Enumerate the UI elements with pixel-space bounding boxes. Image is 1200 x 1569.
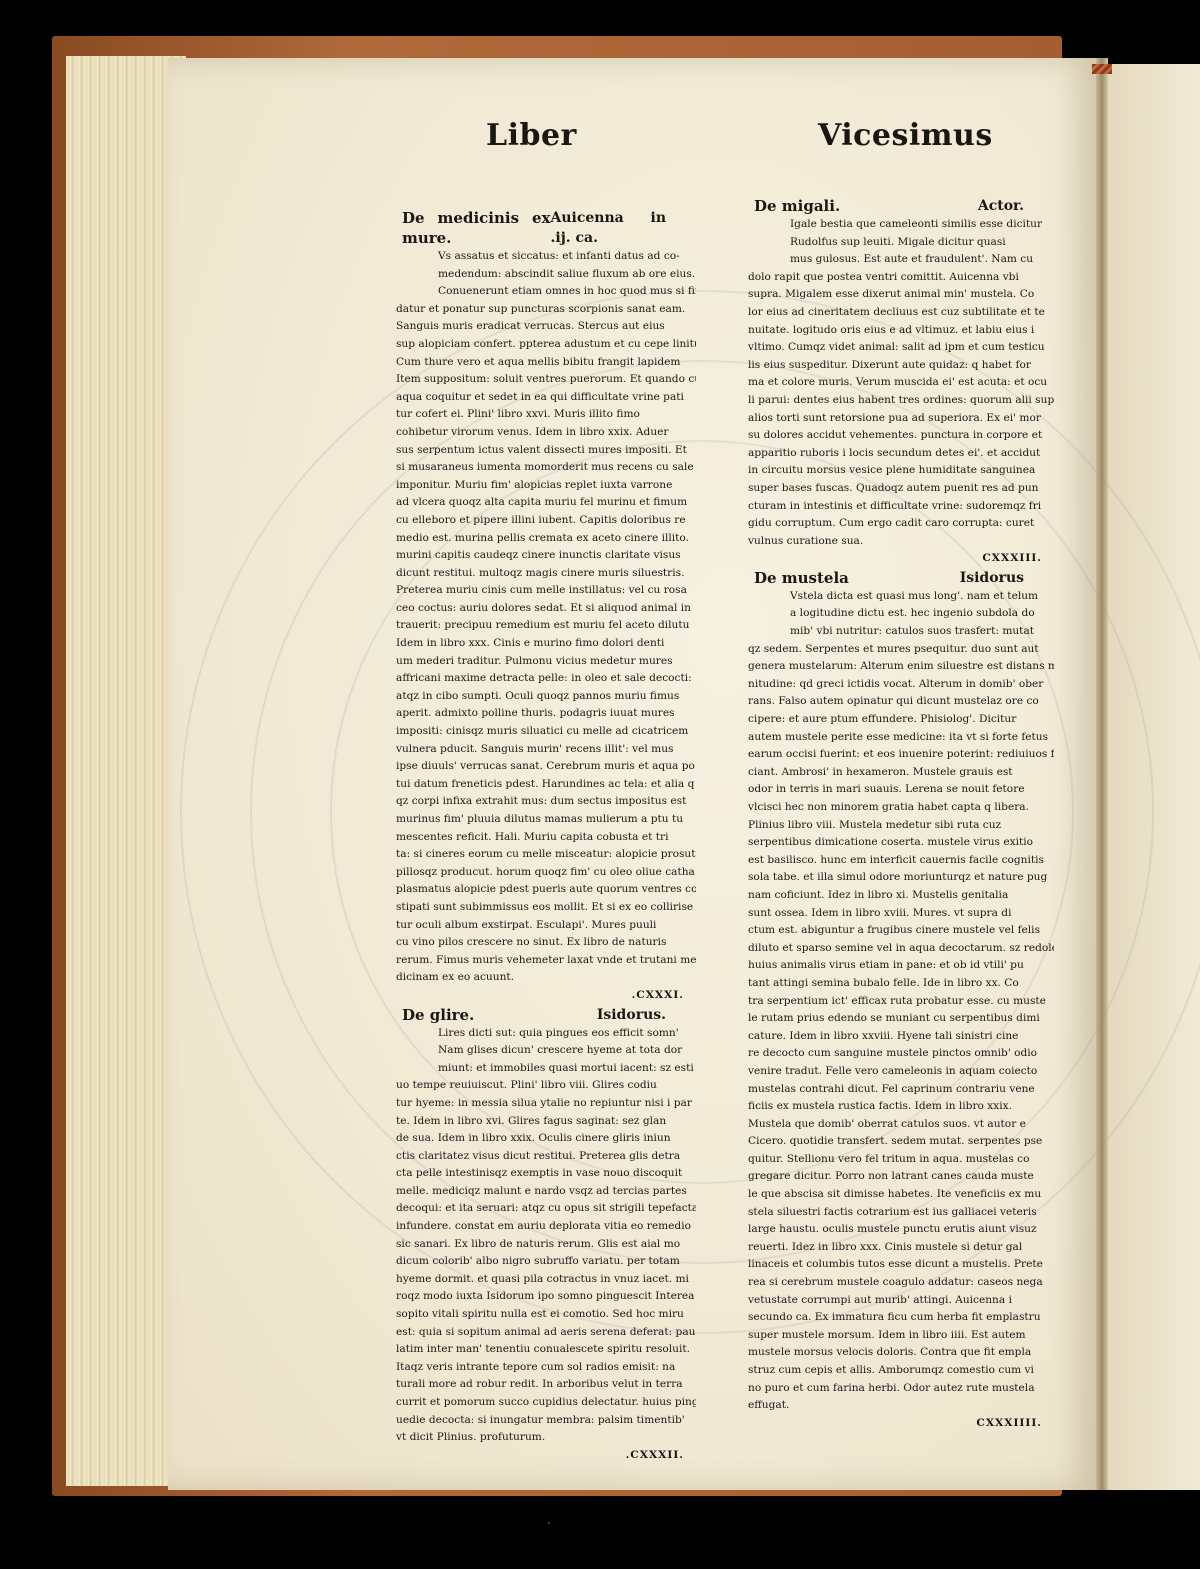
text-line: datur et ponatur sup puncturas scorpioni… bbox=[396, 301, 696, 319]
text-line: tur oculi album exstirpat. Esculapi'. Mu… bbox=[396, 917, 696, 935]
text-line: apparitio ruboris i locis secundum detes… bbox=[748, 445, 1054, 463]
text-line: Igale bestia que cameleonti similis esse… bbox=[748, 216, 1054, 234]
text-line: cature. Idem in libro xxviii. Hyene tali… bbox=[748, 1028, 1054, 1046]
text-line: genera mustelarum: Alterum enim siluestr… bbox=[748, 658, 1054, 676]
text-line: de sua. Idem in libro xxix. Oculis ciner… bbox=[396, 1130, 696, 1148]
chapter-number: CXXXIII. bbox=[748, 550, 1054, 568]
text-line: impositi: cinisqz muris siluatici cu mel… bbox=[396, 723, 696, 741]
text-line: diluto et sparso semine vel in aqua deco… bbox=[748, 940, 1054, 958]
text-line: rans. Falso autem opinatur qui dicunt mu… bbox=[748, 693, 1054, 711]
text-line: nam coficiunt. Idez in libro xi. Musteli… bbox=[748, 887, 1054, 905]
text-line: alios torti sunt retorsione pua ad super… bbox=[748, 410, 1054, 428]
chapter-title: De migali. bbox=[748, 196, 840, 216]
text-line: ctis claritatez visus dicut restitui. Pr… bbox=[396, 1148, 696, 1166]
text-line: cipere: et aure ptum effundere. Phisiolo… bbox=[748, 711, 1054, 729]
text-line: mib' vbi nutritur: catulos suos trasfert… bbox=[748, 623, 1054, 641]
text-line: ceo coctus: auriu dolores sedat. Et si a… bbox=[396, 600, 696, 618]
chapter-number: .CXXXII. bbox=[396, 1447, 696, 1465]
text-line: sopito vitali spiritu nulla est ei comot… bbox=[396, 1306, 696, 1324]
text-line: tur hyeme: in messia silua ytalie no rep… bbox=[396, 1095, 696, 1113]
text-line: le rutam prius edendo se muniant cu serp… bbox=[748, 1010, 1054, 1028]
text-line: qz corpi infixa extrahit mus: dum sectus… bbox=[396, 793, 696, 811]
text-line: super bases fuscas. Quadoqz autem puenit… bbox=[748, 480, 1054, 498]
text-line: re decocto cum sanguine mustele pinctos … bbox=[748, 1045, 1054, 1063]
text-line: stela siluestri factis cotrarium est ius… bbox=[748, 1204, 1054, 1222]
text-line: effugat. bbox=[748, 1397, 1054, 1415]
left-text-column: De medicinis ex mure.Auicenna in .ij. ca… bbox=[396, 208, 696, 1464]
text-line: uo tempe reuiuiscut. Plini' libro viii. … bbox=[396, 1077, 696, 1095]
text-line: ma et colore muris. Verum muscida ei' es… bbox=[748, 374, 1054, 392]
text-line: medio est. murina pellis cremata ex acet… bbox=[396, 530, 696, 548]
chapter-heading: De glire.Isidorus. bbox=[396, 1005, 696, 1025]
text-line: huius animalis virus etiam in pane: et o… bbox=[748, 957, 1054, 975]
text-line: cta pelle intestinisqz exemptis in vase … bbox=[396, 1165, 696, 1183]
text-line: tant attingi semina bubalo felle. Ide in… bbox=[748, 975, 1054, 993]
text-line: vltimo. Cumqz videt animal: salit ad ipm… bbox=[748, 339, 1054, 357]
text-line: Preterea muriu cinis cum melle instillat… bbox=[396, 582, 696, 600]
text-line: su dolores accidut vehementes. punctura … bbox=[748, 427, 1054, 445]
text-line: reuerti. Idez in libro xxx. Cinis mustel… bbox=[748, 1239, 1054, 1257]
text-line: Cum thure vero et aqua mellis bibitu fra… bbox=[396, 354, 696, 372]
chapter-number: .CXXXI. bbox=[396, 987, 696, 1005]
text-line: dolo rapit que postea ventri comittit. A… bbox=[748, 269, 1054, 287]
text-line: Mustela que domib' oberrat catulos suos.… bbox=[748, 1116, 1054, 1134]
text-line: Itaqz veris intrante tepore cum sol radi… bbox=[396, 1359, 696, 1377]
text-line: currit et pomorum succo cupidius delecta… bbox=[396, 1394, 696, 1412]
text-line: odor in terris in mari suauis. Lerena se… bbox=[748, 781, 1054, 799]
text-line: vulnus curatione sua. bbox=[748, 533, 1054, 551]
text-line: uedie decocta: si inungatur membra: pals… bbox=[396, 1412, 696, 1430]
text-line: secundo ca. Ex immatura ficu cum herba f… bbox=[748, 1309, 1054, 1327]
text-line: aperit. admixto polline thuris. podagris… bbox=[396, 705, 696, 723]
text-line: vlcisci hec non minorem gratia habet cap… bbox=[748, 799, 1054, 817]
chapter-source: Auicenna in .ij. ca. bbox=[551, 208, 697, 248]
text-line: melle. mediciqz malunt e nardo vsqz ad t… bbox=[396, 1183, 696, 1201]
text-line: murini capitis caudeqz cinere inunctis c… bbox=[396, 547, 696, 565]
text-line: venire tradut. Felle vero cameleonis in … bbox=[748, 1063, 1054, 1081]
text-line: imponitur. Muriu fim' alopicias replet i… bbox=[396, 477, 696, 495]
text-line: ad vlcera quoqz alta capita muriu fel mu… bbox=[396, 494, 696, 512]
chapter-heading: De medicinis ex mure.Auicenna in .ij. ca… bbox=[396, 208, 696, 248]
text-line: trauerit: precipuu remedium est muriu fe… bbox=[396, 617, 696, 635]
text-line: mustele morsus velocis doloris. Contra q… bbox=[748, 1344, 1054, 1362]
text-line: sola tabe. et illa simul odore moriuntur… bbox=[748, 869, 1054, 887]
running-head-left: Liber bbox=[486, 118, 577, 153]
text-line: mustelas contrahi dicut. Fel caprinum co… bbox=[748, 1081, 1054, 1099]
text-line: cu elleboro et pipere illini iubent. Cap… bbox=[396, 512, 696, 530]
text-line: mescentes reficit. Hali. Muriu capita co… bbox=[396, 829, 696, 847]
text-line: ciant. Ambrosi' in hexameron. Mustele gr… bbox=[748, 764, 1054, 782]
text-line: Conuenerunt etiam omnes in hoc quod mus … bbox=[396, 283, 696, 301]
text-line: lis eius suspeditur. Dixerunt aute quida… bbox=[748, 357, 1054, 375]
text-line: gregare dicitur. Porro non latrant canes… bbox=[748, 1168, 1054, 1186]
text-line: rerum. Fimus muris vehemeter laxat vnde … bbox=[396, 952, 696, 970]
text-line: li parui: dentes eius habent tres ordine… bbox=[748, 392, 1054, 410]
text-line: earum occisi fuerint: et eos inuenire po… bbox=[748, 746, 1054, 764]
text-line: serpentibus dimicatione coserta. mustele… bbox=[748, 834, 1054, 852]
text-line: turali more ad robur redit. In arboribus… bbox=[396, 1376, 696, 1394]
text-line: nitudine: qd greci ictidis vocat. Alteru… bbox=[748, 676, 1054, 694]
text-line: Item suppositum: soluit ventres puerorum… bbox=[396, 371, 696, 389]
headband bbox=[1092, 64, 1112, 74]
text-line: aqua coquitur et sedet in ea qui difficu… bbox=[396, 389, 696, 407]
text-line: sup alopiciam confert. ppterea adustum e… bbox=[396, 336, 696, 354]
text-line: murinus fim' pluuia dilutus mamas mulier… bbox=[396, 811, 696, 829]
text-line: Vs assatus et siccatus: et infanti datus… bbox=[396, 248, 696, 266]
text-line: supra. Migalem esse dixerut animal min' … bbox=[748, 286, 1054, 304]
facing-page-edge bbox=[1108, 64, 1200, 1490]
text-line: rea si cerebrum mustele coagulo addatur:… bbox=[748, 1274, 1054, 1292]
text-line: um mederi traditur. Pulmonu vicius medet… bbox=[396, 653, 696, 671]
text-line: vulnera pducit. Sanguis murin' recens il… bbox=[396, 741, 696, 759]
text-line: quitur. Stellionu vero fel tritum in aqu… bbox=[748, 1151, 1054, 1169]
text-line: stipati sunt subimmissus eos mollit. Et … bbox=[396, 899, 696, 917]
text-line: large haustu. oculis mustele punctu erut… bbox=[748, 1221, 1054, 1239]
text-line: mus gulosus. Est aute et fraudulent'. Na… bbox=[748, 251, 1054, 269]
chapter-title: De mustela bbox=[748, 568, 849, 588]
text-line: tur cofert ei. Plini' libro xxvi. Muris … bbox=[396, 406, 696, 424]
chapter-heading: De migali.Actor. bbox=[748, 196, 1054, 216]
chapter-source: Isidorus. bbox=[597, 1005, 696, 1025]
text-line: no puro et cum farina herbi. Odor autez … bbox=[748, 1380, 1054, 1398]
text-line: Sanguis muris eradicat verrucas. Stercus… bbox=[396, 318, 696, 336]
text-line: roqz modo iuxta Isidorum ipo somno pingu… bbox=[396, 1288, 696, 1306]
text-line: le que abscisa sit dimisse habetes. Ite … bbox=[748, 1186, 1054, 1204]
text-line: lor eius ad cineritatem decliuus est cuz… bbox=[748, 304, 1054, 322]
text-line: Rudolfus sup leuiti. Migale dicitur quas… bbox=[748, 234, 1054, 252]
text-line: qz sedem. Serpentes et mures psequitur. … bbox=[748, 641, 1054, 659]
chapter-source: Isidorus bbox=[960, 568, 1054, 588]
text-line: atqz in cibo sumpti. Oculi quoqz pannos … bbox=[396, 688, 696, 706]
text-line: vetustate corrumpi aut murib' attingi. A… bbox=[748, 1292, 1054, 1310]
text-line: Idem in libro xxx. Cinis e murino fimo d… bbox=[396, 635, 696, 653]
text-line: autem mustele perite esse medicine: ita … bbox=[748, 729, 1054, 747]
text-line: vt dicit Plinius. profuturum. bbox=[396, 1429, 696, 1447]
text-line: cohibetur virorum venus. Idem in libro x… bbox=[396, 424, 696, 442]
text-line: latim inter man' tenentiu conualescete s… bbox=[396, 1341, 696, 1359]
text-line: Cicero. quotidie transfert. sedem mutat.… bbox=[748, 1133, 1054, 1151]
text-line: super mustele morsum. Idem in libro iiii… bbox=[748, 1327, 1054, 1345]
text-line: affricani maxime detracta pelle: in oleo… bbox=[396, 670, 696, 688]
chapter-title: De medicinis ex mure. bbox=[396, 208, 551, 248]
text-line: in circuitu morsus vesice plene humidita… bbox=[748, 462, 1054, 480]
text-line: si musaraneus iumenta momorderit mus rec… bbox=[396, 459, 696, 477]
page-mark bbox=[548, 1522, 550, 1524]
text-line: decoqui: et ita seruari: atqz cu opus si… bbox=[396, 1200, 696, 1218]
text-line: gidu corruptum. Cum ergo cadit caro corr… bbox=[748, 515, 1054, 533]
text-line: Vstela dicta est quasi mus long'. nam et… bbox=[748, 588, 1054, 606]
text-line: sus serpentum ictus valent dissecti mure… bbox=[396, 442, 696, 460]
text-line: Lires dicti sut: quia pingues eos effici… bbox=[396, 1025, 696, 1043]
text-line: linaceis et columbis tutos esse dicunt a… bbox=[748, 1256, 1054, 1274]
text-line: cturam in intestinis et difficultate vri… bbox=[748, 498, 1054, 516]
text-line: ficiis ex mustela rustica factis. Idem i… bbox=[748, 1098, 1054, 1116]
book-gutter bbox=[1096, 58, 1108, 1490]
text-line: Plinius libro viii. Mustela medetur sibi… bbox=[748, 817, 1054, 835]
text-line: tra serpentium ict' efficax ruta probatu… bbox=[748, 993, 1054, 1011]
text-line: infundere. constat em auriu deplorata vi… bbox=[396, 1218, 696, 1236]
right-text-column: De migali.Actor.Igale bestia que cameleo… bbox=[748, 196, 1054, 1432]
chapter-heading: De mustelaIsidorus bbox=[748, 568, 1054, 588]
text-line: pillosqz producut. horum quoqz fim' cu o… bbox=[396, 864, 696, 882]
text-line: ctum est. abiguntur a frugibus cinere mu… bbox=[748, 922, 1054, 940]
text-line: sunt ossea. Idem in libro xviii. Mures. … bbox=[748, 905, 1054, 923]
text-line: a logitudine dictu est. hec ingenio subd… bbox=[748, 605, 1054, 623]
text-line: plasmatus alopicie pdest pueris aute quo… bbox=[396, 881, 696, 899]
chapter-source: Actor. bbox=[978, 196, 1054, 216]
text-line: te. Idem in libro xvi. Glires fagus sagi… bbox=[396, 1113, 696, 1131]
text-line: dicum colorib' albo nigro subruffo varia… bbox=[396, 1253, 696, 1271]
text-line: nuitate. logitudo oris eius e ad vltimuz… bbox=[748, 322, 1054, 340]
text-line: tui datum freneticis pdest. Harundines a… bbox=[396, 776, 696, 794]
text-line: est basilisco. hunc em interficit cauern… bbox=[748, 852, 1054, 870]
text-line: ta: si cineres eorum cu melle misceatur:… bbox=[396, 846, 696, 864]
text-line: miunt: et immobiles quasi mortui iacent:… bbox=[396, 1060, 696, 1078]
text-line: dicinam ex eo acuunt. bbox=[396, 969, 696, 987]
text-line: est: quia si sopitum animal ad aeris ser… bbox=[396, 1324, 696, 1342]
text-line: hyeme dormit. et quasi pila cotractus in… bbox=[396, 1271, 696, 1289]
text-line: Nam glises dicun' crescere hyeme at tota… bbox=[396, 1042, 696, 1060]
text-line: ipse diuuls' verrucas sanat. Cerebrum mu… bbox=[396, 758, 696, 776]
chapter-number: CXXXIIII. bbox=[748, 1415, 1054, 1433]
text-line: dicunt restitui. multoqz magis cinere mu… bbox=[396, 565, 696, 583]
text-line: cu vino pilos crescere no sinut. Ex libr… bbox=[396, 934, 696, 952]
text-line: struz cum cepis et allis. Amborumqz come… bbox=[748, 1362, 1054, 1380]
text-line: medendum: abscindit saliue fluxum ab ore… bbox=[396, 266, 696, 284]
chapter-title: De glire. bbox=[396, 1005, 474, 1025]
text-line: sic sanari. Ex libro de naturis rerum. G… bbox=[396, 1236, 696, 1254]
running-head-right: Vicesimus bbox=[818, 118, 993, 153]
